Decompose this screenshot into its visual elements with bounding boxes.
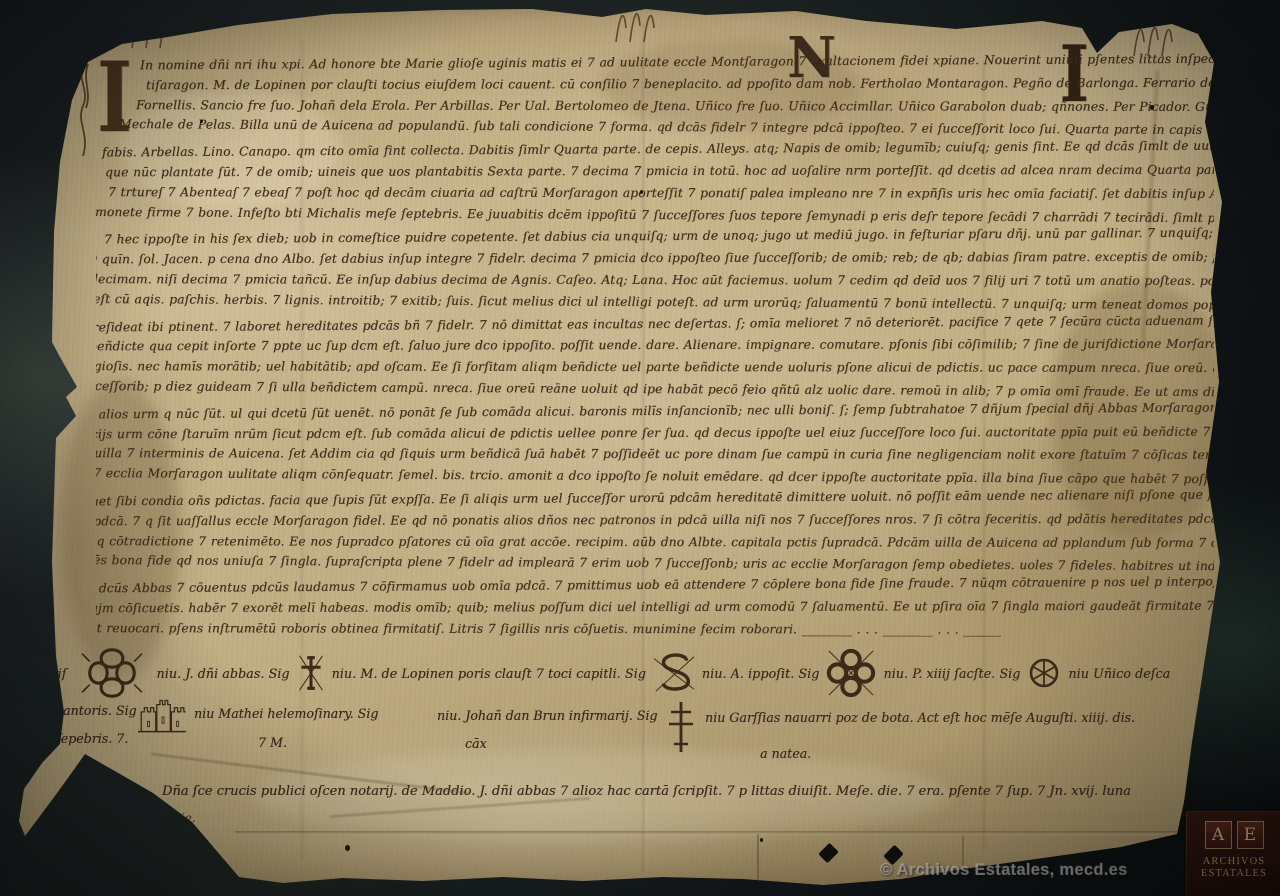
worm-hole [345, 845, 350, 851]
signature-prior: niu. M. de Lopinen poris clauſt 7 toci c… [332, 666, 646, 681]
pen-flourish [610, 0, 656, 46]
manuscript-line: 7 trtureſ 7 Abenteaſ 7 ebeaſ 7 poſt hoc … [108, 182, 1214, 206]
notary-line: Dña ſce crucis publici oſcen notarij. de… [162, 784, 1162, 799]
signature-abbot: niu. J. dñi abbas. Sig [157, 666, 290, 681]
notary-fragment: odie. [166, 811, 196, 825]
knot-sign [652, 651, 696, 695]
signature-date-fragment: ſepebris. 7. [56, 731, 128, 746]
signature-sacrista: niu. P. xiiij ſacſte. Sig [883, 666, 1020, 681]
signature-fragment: aiſ [50, 666, 67, 681]
patriarchal-cross-sign [666, 698, 696, 756]
plica-fold [235, 831, 1180, 835]
castle-sign [136, 696, 188, 734]
charter-photo: I N I In nomine dñi nri ihu xpi. Ad hono… [0, 0, 1280, 896]
manuscript-line: que nūc plantate ſūt. 7 de omib; uineis … [105, 160, 1214, 184]
manuscript-line: ut unqjm cōſicuetis. habēr 7 exorēt melī… [96, 596, 1214, 620]
copyright-watermark: © Archivos Estatales, mecd.es [880, 861, 1128, 880]
logo-monogram: A E [1205, 821, 1264, 849]
parchment: I N I In nomine dñi nri ihu xpi. Ad hono… [0, 0, 1280, 896]
logo-letter-e: E [1237, 821, 1264, 849]
signature-garsias: niu Garſſias nauarri poz de bota. Act eſ… [705, 710, 1135, 725]
initial-flourish [74, 58, 92, 160]
signature-cantor-continued: cantoris. Sig [56, 703, 137, 718]
manuscript-text: In nomine dñi nri ihu xpi. Ad honore bte… [96, 52, 1214, 638]
manuscript-line: beñdicte qua cepit inſorte 7 ppte uc ſup… [96, 334, 1214, 358]
logo-caption-line2: ESTATALES [1201, 868, 1267, 880]
worm-hole [760, 838, 763, 842]
manuscript-line: O quīn. ſol. Jacen. p cena dno Albo. ſet… [96, 247, 1214, 271]
signature-garsias-note: a natea. [760, 746, 811, 761]
bowen-knot-sign [73, 644, 151, 702]
manuscript-line: jura pdcā. 7 q ſit uaſſallus eccle Morſa… [96, 508, 1214, 532]
plica-slit [757, 834, 759, 880]
crease [330, 797, 590, 818]
manuscript-line: Ee ſcijs urm cōne ſtaruīm nrūm ſicut pdc… [96, 421, 1214, 445]
manuscript-line: tiſaragon. M. de Lopinen por clauſti toc… [146, 73, 1214, 97]
quatrefoil-sign [825, 647, 877, 699]
wheel-sign [1026, 655, 1062, 691]
signature-row-1: aiſ niu. J. dñi abbas. Sig niu. M. de Lo… [50, 644, 1176, 702]
pen-flourish [126, 8, 172, 50]
cross-pattee-sign [296, 650, 326, 696]
signature-almoner-note: 7 M. [258, 735, 287, 750]
manuscript-line: ualeāt reuocari. pſens inſtrumētū robori… [96, 618, 1214, 638]
logo-letter-a: A [1205, 821, 1232, 849]
logo-caption-line1: ARCHIVOS [1201, 856, 1267, 868]
signature-cantor: niu Uñico deſca [1068, 666, 1170, 681]
archivos-estatales-logo: A E ARCHIVOS ESTATALES [1186, 811, 1280, 896]
seal-slit-hole [818, 843, 839, 864]
signature-infirmarer-note: cāx [465, 736, 487, 751]
logo-caption: ARCHIVOS ESTATALES [1201, 856, 1267, 880]
signature-almoner: niu Mathei helemoſinary. Sig [194, 706, 378, 721]
signature-infirmarer: niu. Johañ dan Brun infirmarij. Sig [437, 708, 658, 723]
signature-prepositus: niu. A. ippoſit. Sig [702, 666, 820, 681]
